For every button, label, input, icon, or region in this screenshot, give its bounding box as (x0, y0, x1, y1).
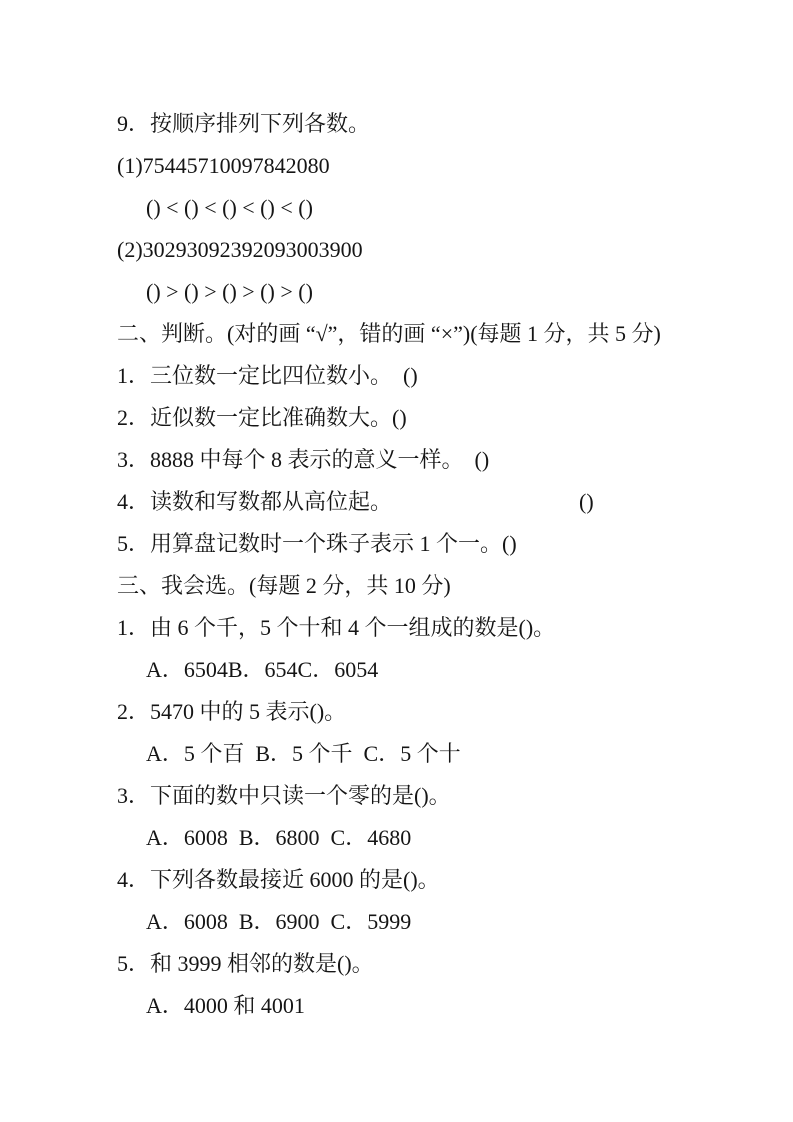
choice-question-5-options: A．4000 和 4001 (117, 985, 753, 1027)
judgment-item-5: 5．用算盘记数时一个珠子表示 1 个一。() (117, 523, 753, 565)
choice-question-3-prompt: 3．下面的数中只读一个零的是()。 (117, 775, 753, 817)
judgment-item-2: 2．近似数一定比准确数大。() (117, 397, 753, 439)
judgment-item-4: 4．读数和写数都从高位起。 () (117, 481, 753, 523)
worksheet-page: 9．按顺序排列下列各数。 (1)75445710097842080 () < (… (0, 0, 793, 1122)
question9-part2-blanks: () > () > () > () > () (117, 271, 753, 313)
section2-header: 二、判断。(对的画 “√”，错的画 “×”)(每题 1 分，共 5 分) (117, 313, 753, 355)
judgment-item-1: 1．三位数一定比四位数小。 () (117, 355, 753, 397)
choice-question-1-prompt: 1．由 6 个千，5 个十和 4 个一组成的数是()。 (117, 607, 753, 649)
question9-prompt: 9．按顺序排列下列各数。 (117, 103, 753, 145)
choice-question-5-prompt: 5．和 3999 相邻的数是()。 (117, 943, 753, 985)
question9-part1-number: (1)75445710097842080 (117, 145, 753, 187)
choice-question-4-prompt: 4．下列各数最接近 6000 的是()。 (117, 859, 753, 901)
question9-part2-number: (2)30293092392093003900 (117, 229, 753, 271)
judgment-item-3: 3．8888 中每个 8 表示的意义一样。 () (117, 439, 753, 481)
choice-question-2-options: A．5 个百 B．5 个千 C．5 个十 (117, 733, 753, 775)
choice-question-2-prompt: 2．5470 中的 5 表示()。 (117, 691, 753, 733)
section3-header: 三、我会选。(每题 2 分，共 10 分) (117, 565, 753, 607)
choice-question-4-options: A．6008 B．6900 C．5999 (117, 901, 753, 943)
choice-question-3-options: A．6008 B．6800 C．4680 (117, 817, 753, 859)
question9-part1-blanks: () < () < () < () < () (117, 187, 753, 229)
choice-question-1-options: A．6504B．654C．6054 (117, 649, 753, 691)
